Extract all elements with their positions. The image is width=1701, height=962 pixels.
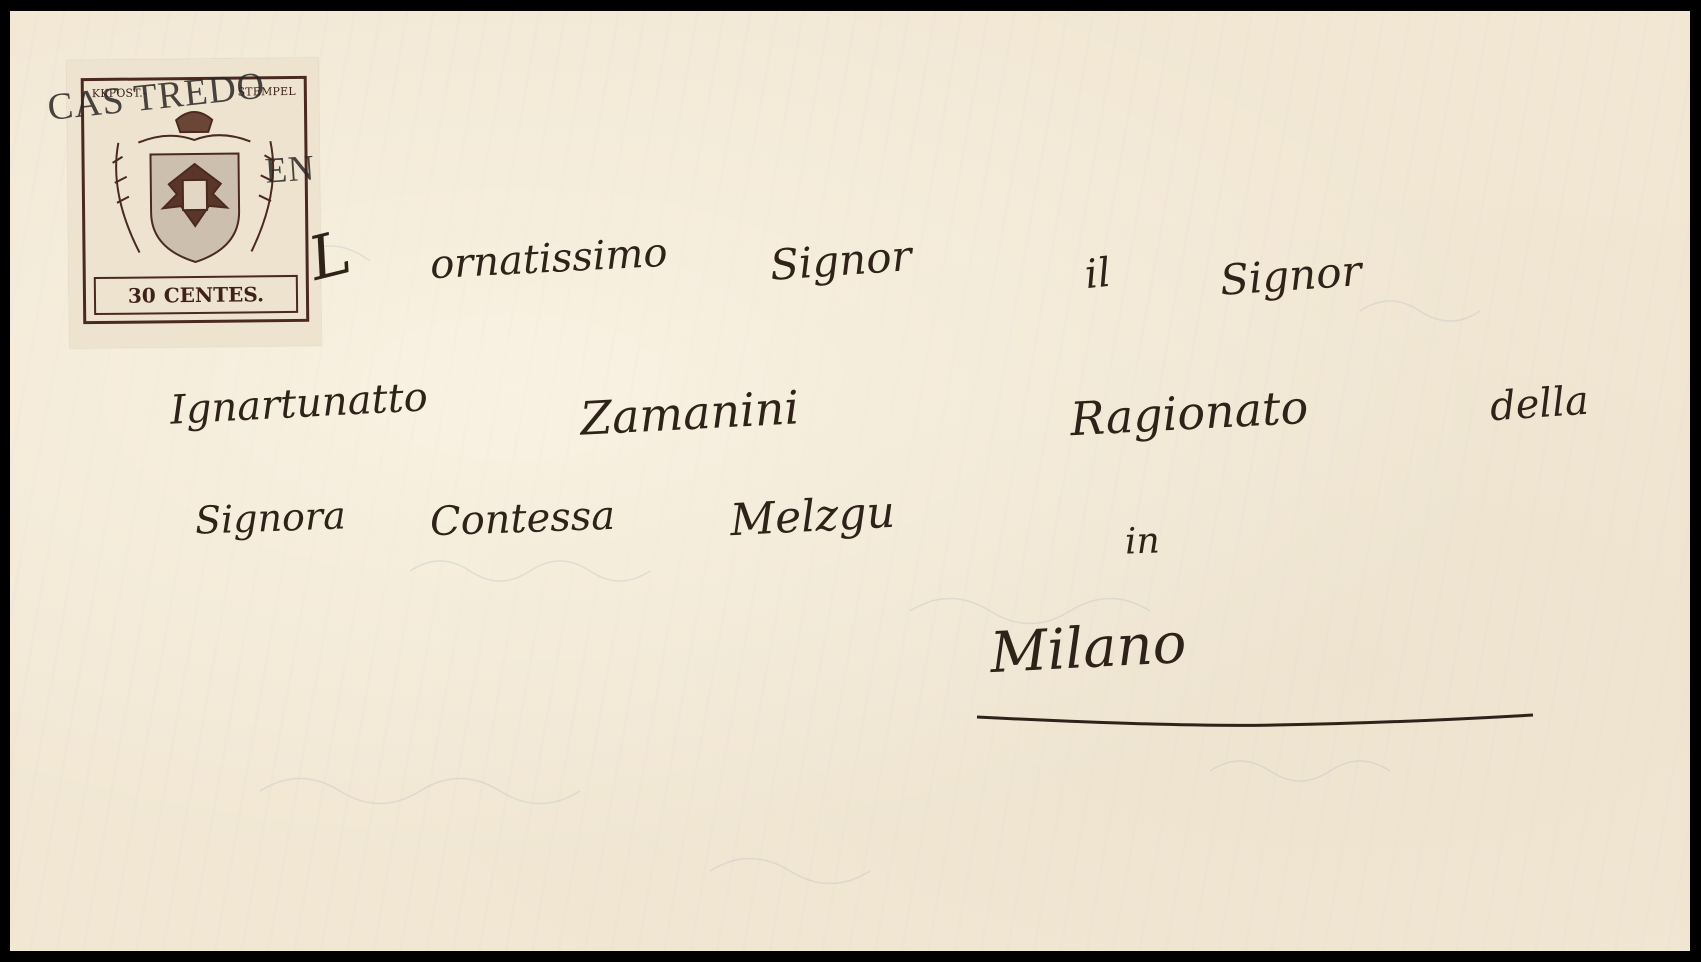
address-word: Zamanini [579, 380, 801, 445]
address-word: in [1124, 520, 1160, 562]
coat-of-arms-icon [98, 101, 292, 273]
address-word: Signora [194, 493, 346, 542]
stamp-value-text: CENTES. [164, 282, 265, 307]
address-word: della [1489, 378, 1591, 431]
envelope: KKPOST.- STEMPEL 30 CENTES. CA [10, 11, 1690, 951]
address-word: Ragionato [1069, 380, 1310, 446]
stamp-value-panel: 30 CENTES. [94, 275, 298, 315]
postmark-line2: EN [264, 146, 317, 191]
address-word: Ignartunatto [169, 374, 429, 433]
address-city: Milano [988, 611, 1187, 686]
stamp-value-number: 30 [128, 283, 156, 307]
address-word: Melzgu [729, 487, 896, 547]
city-underline [975, 713, 1535, 727]
address-word: ornatissimo [429, 230, 669, 288]
address-word: Signor [1218, 246, 1363, 305]
address-word: Contessa [429, 493, 616, 545]
address-word: il [1083, 250, 1113, 298]
address-word: Signor [768, 231, 913, 290]
